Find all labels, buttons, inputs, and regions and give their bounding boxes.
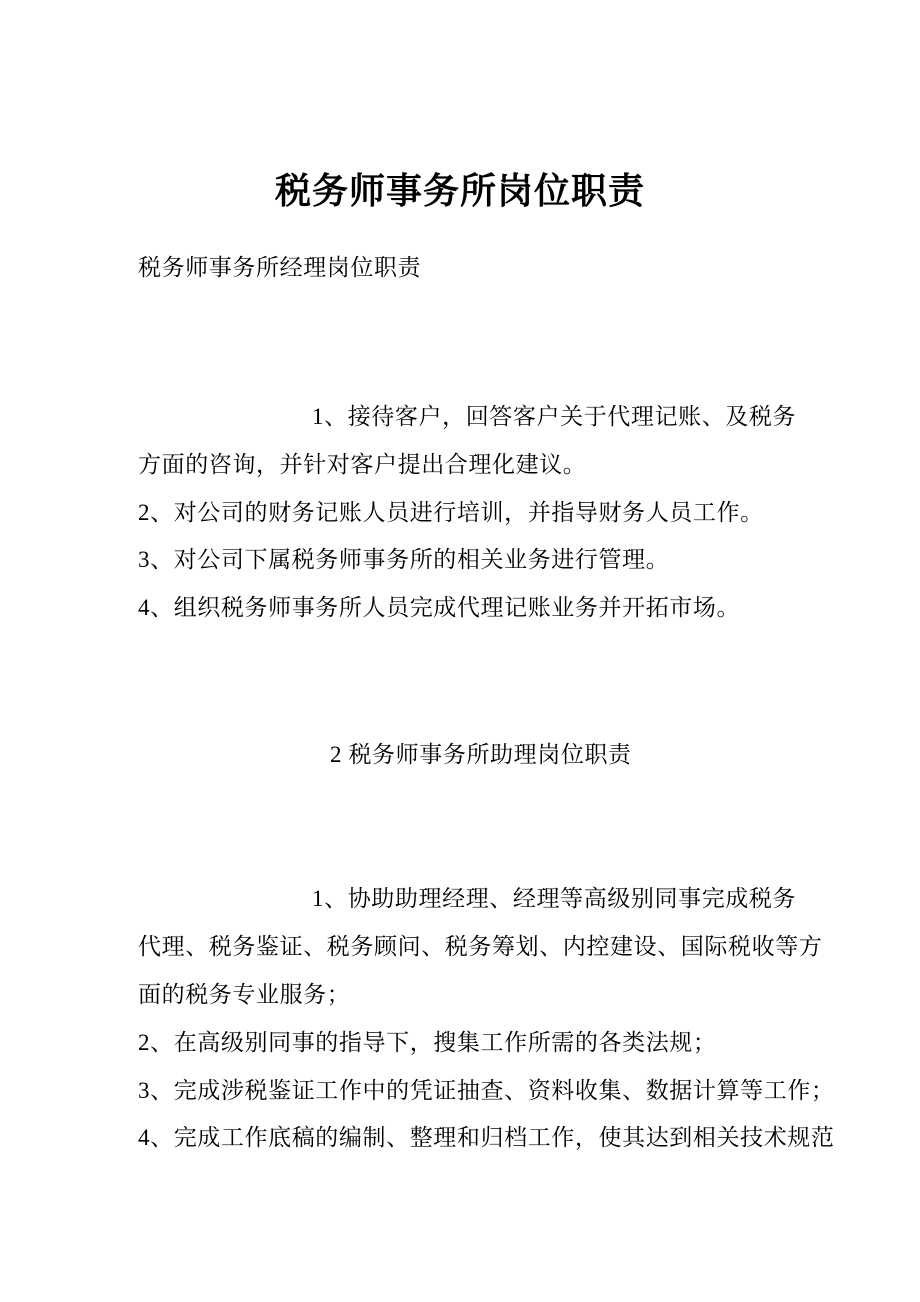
section1-heading: 税务师事务所经理岗位职责 <box>138 253 421 283</box>
section2-item3: 3、完成涉税鉴证工作中的凭证抽查、资料收集、数据计算等工作； <box>138 1076 835 1106</box>
section2-item1-line3: 面的税务专业服务； <box>138 980 350 1010</box>
section1-item1-line1: 1、接待客户，回答客户关于代理记账、及税务 <box>312 402 796 432</box>
section2-item4: 4、完成工作底稿的编制、整理和归档工作，使其达到相关技术规范 <box>138 1123 835 1153</box>
section1-item3: 3、对公司下属税务师事务所的相关业务进行管理。 <box>138 545 669 575</box>
section1-item2: 2、对公司的财务记账人员进行培训，并指导财务人员工作。 <box>138 498 764 528</box>
section2-item2: 2、在高级别同事的指导下，搜集工作所需的各类法规； <box>138 1028 717 1058</box>
section2-item1-line1: 1、协助助理经理、经理等高级别同事完成税务 <box>312 884 796 914</box>
section1-item4: 4、组织税务师事务所人员完成代理记账业务并开拓市场。 <box>138 593 740 623</box>
section2-heading: 2 税务师事务所助理岗位职责 <box>330 740 632 770</box>
section1-item1-line2: 方面的咨询，并针对客户提出合理化建议。 <box>138 450 586 480</box>
document-page: 税务师事务所岗位职责 税务师事务所经理岗位职责 1、接待客户，回答客户关于代理记… <box>0 0 920 1302</box>
document-title: 税务师事务所岗位职责 <box>0 163 920 214</box>
section2-item1-line2: 代理、税务鉴证、税务顾问、税务筹划、内控建设、国际税收等方 <box>138 932 822 962</box>
